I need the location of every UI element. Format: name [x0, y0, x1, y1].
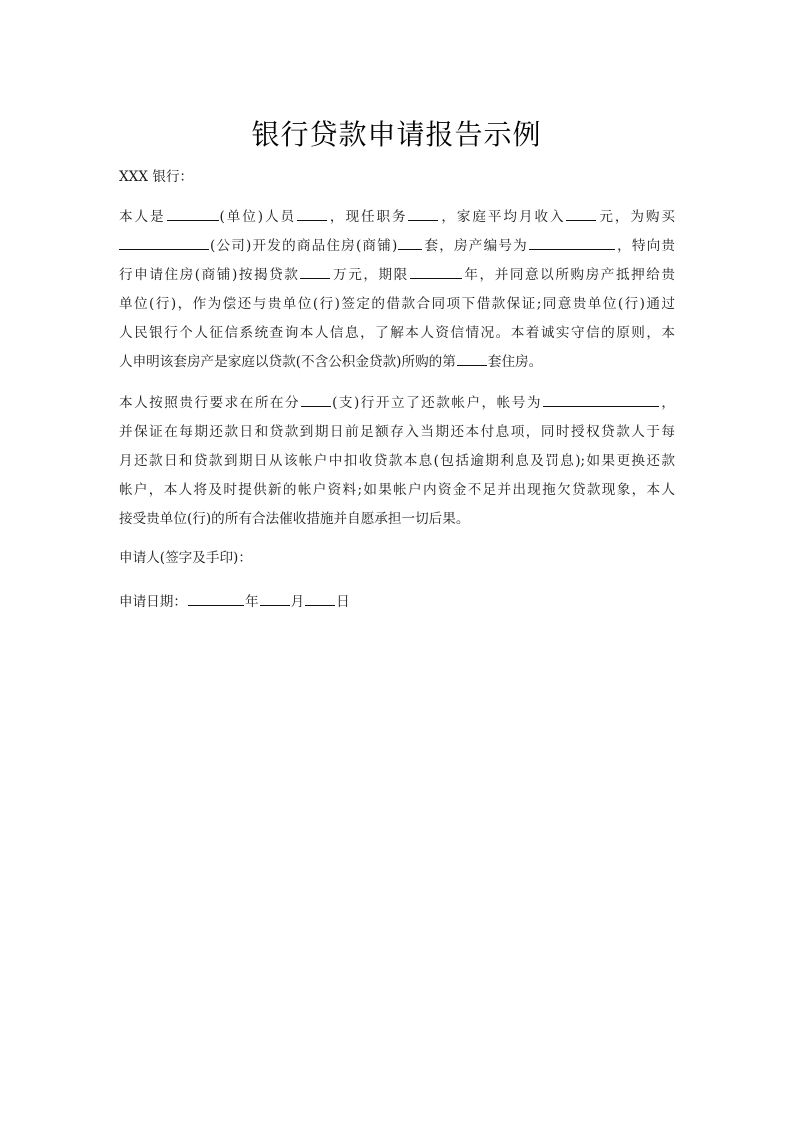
text: ，现任职务 [328, 209, 407, 225]
text: ，特向贵 [616, 238, 675, 254]
signature-label: 申请人(签字及手印)： [119, 548, 679, 568]
blank-unit-count[interactable] [398, 236, 422, 250]
blank-company[interactable] [119, 236, 209, 250]
paragraph1-line3: 行申请住房(商铺)按揭贷款万元，期限年，并同意以所购房产抵押给贵 [119, 265, 675, 285]
text: 万元，期限 [331, 267, 408, 283]
salutation: XXX 银行： [119, 167, 679, 187]
year-label: 年 [245, 594, 259, 610]
date-line: 申请日期：年月日 [119, 592, 679, 612]
blank-month[interactable] [260, 592, 290, 606]
blank-position[interactable] [408, 207, 438, 221]
text: (单位)人员 [220, 209, 296, 225]
blank-loan-amount[interactable] [300, 265, 330, 279]
text: 年，并同意以所购房产抵押给贵 [463, 267, 675, 283]
month-label: 月 [291, 594, 305, 610]
day-label: 日 [336, 594, 350, 610]
text: ，家庭平均月收入 [439, 209, 565, 225]
paragraph1-line4: 单位(行)，作为偿还与贵单位(行)签定的借款合同项下借款保证;同意贵单位(行)通… [119, 294, 675, 314]
blank-unit-name[interactable] [167, 207, 219, 221]
document-title: 银行贷款申请报告示例 [0, 115, 793, 155]
blank-property-number[interactable] [529, 236, 615, 250]
paragraph2-line1: 本人按照贵行要求在所在分(支)行开立了还款帐户，帐号为， [119, 393, 675, 413]
paragraph1-line2: (公司)开发的商品住房(商铺)套，房产编号为，特向贵 [119, 236, 675, 256]
blank-year[interactable] [188, 592, 244, 606]
paragraph2-line3: 月还款日和贷款到期日从该帐户中扣收贷款本息(包括逾期利息及罚息);如果更换还款 [119, 451, 675, 471]
blank-loan-term[interactable] [410, 265, 462, 279]
blank-monthly-income[interactable] [566, 207, 596, 221]
text: ， [660, 395, 675, 411]
text: (公司)开发的商品住房(商铺) [210, 238, 397, 254]
paragraph1-line5: 人民银行个人征信系统查询本人信息，了解本人资信情况。本着诚实守信的原则，本 [119, 323, 675, 343]
blank-account-number[interactable] [543, 393, 659, 407]
text: 人申明该套房产是家庭以贷款(不含公积金贷款)所购的第 [119, 354, 456, 370]
paragraph2-line5: 接受贵单位(行)的所有合法催收措施并自愿承担一切后果。 [119, 509, 679, 529]
text: 本人是 [119, 209, 166, 225]
blank-branch[interactable] [301, 393, 331, 407]
blank-personnel[interactable] [297, 207, 327, 221]
blank-day[interactable] [305, 592, 335, 606]
paragraph1-line6: 人申明该套房产是家庭以贷款(不含公积金贷款)所购的第套住房。 [119, 352, 679, 372]
text: 套住房。 [488, 354, 542, 370]
paragraph2-line4: 帐户，本人将及时提供新的帐户资料;如果帐户内资金不足并出现拖欠贷款现象，本人 [119, 480, 675, 500]
blank-house-ordinal[interactable] [457, 352, 487, 366]
date-label: 申请日期： [119, 594, 187, 610]
paragraph2-line2: 并保证在每期还款日和贷款到期日前足额存入当期还本付息项，同时授权贷款人于每 [119, 422, 675, 442]
text: 套，房产编号为 [423, 238, 528, 254]
text: 行申请住房(商铺)按揭贷款 [119, 267, 299, 283]
paragraph1-line1: 本人是(单位)人员，现任职务，家庭平均月收入元，为购买 [119, 207, 675, 227]
text: 本人按照贵行要求在所在分 [119, 395, 300, 411]
document-page: 银行贷款申请报告示例 XXX 银行： 本人是(单位)人员，现任职务，家庭平均月收… [0, 0, 793, 1122]
text: 元，为购买 [597, 209, 675, 225]
text: (支)行开立了还款帐户，帐号为 [332, 395, 542, 411]
